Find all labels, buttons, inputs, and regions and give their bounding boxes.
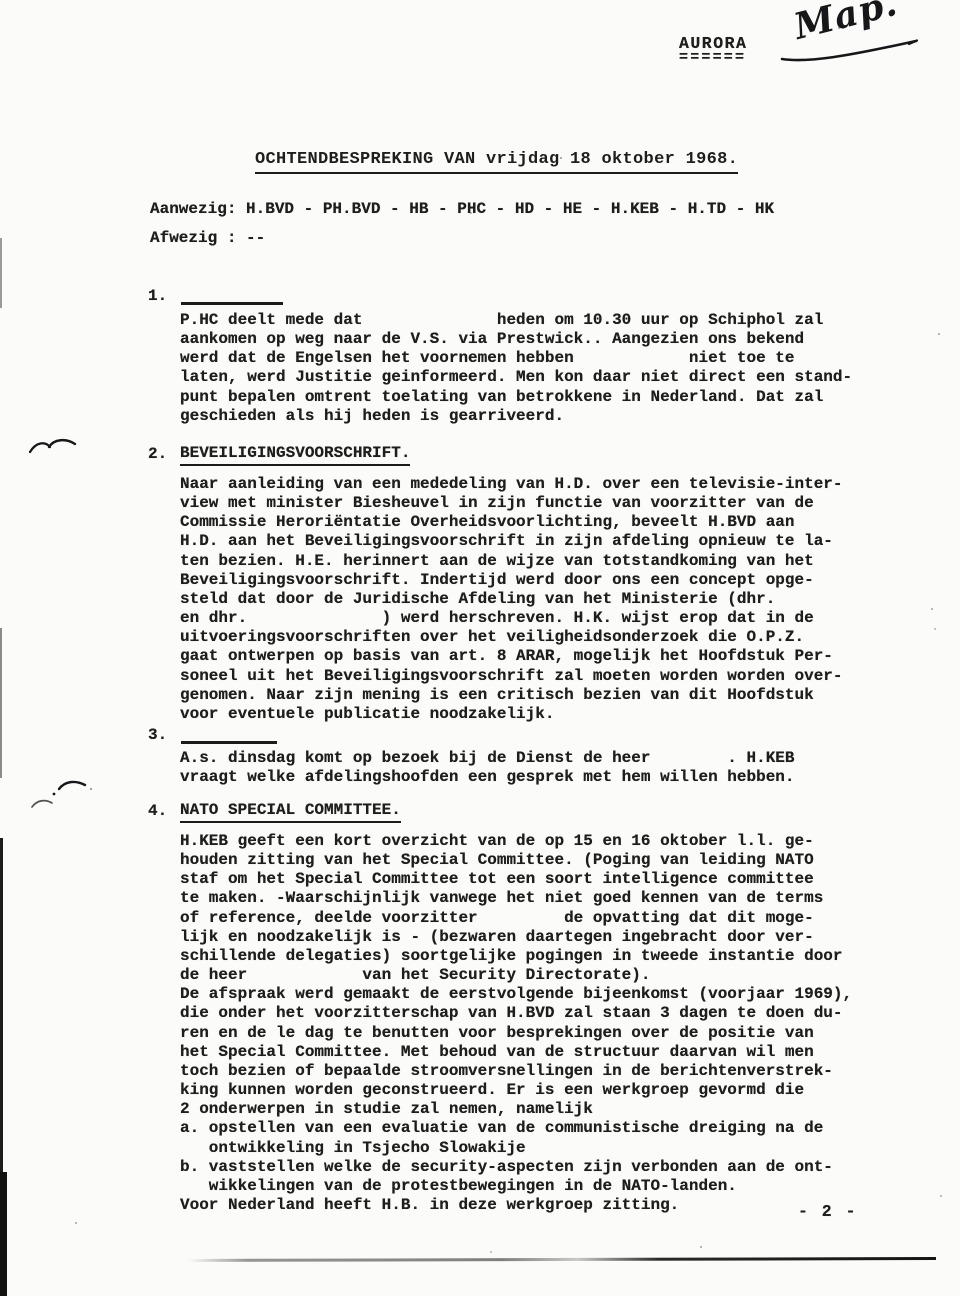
- text-line: view met minister Biesheuvel in zijn fun…: [180, 494, 843, 513]
- section-1-body: P.HC deelt mede dat heden om 10.30 uur o…: [180, 311, 852, 426]
- text-line: voor eventuele publicatie noodzakelijk.: [180, 705, 843, 724]
- margin-mark: [25, 776, 95, 812]
- text-line: lijk en noodzakelijk is - (bezwaren daar…: [180, 928, 852, 947]
- text-line: P.HC deelt mede dat heden om 10.30 uur o…: [180, 311, 852, 330]
- text-line: H.KEB geeft een kort overzicht van de op…: [180, 832, 852, 851]
- text-line: genomen. Naar zijn mening is een critisc…: [180, 686, 843, 705]
- section-4-body: H.KEB geeft een kort overzicht van de op…: [180, 832, 852, 1215]
- text-line: geschieden als hij heden is gearriveerd.: [180, 407, 852, 426]
- text-line: ontwikkeling in Tsjecho Slowakije: [180, 1139, 852, 1158]
- text-line: ten bezien. H.E. herinnert aan de wijze …: [180, 552, 843, 571]
- page-number: - 2 -: [798, 1202, 858, 1221]
- handwritten-underline-stroke: [778, 34, 923, 66]
- text-line: De afspraak werd gemaakt de eerstvolgend…: [180, 985, 852, 1004]
- text-line: aankomen op weg naar de V.S. via Prestwi…: [180, 330, 852, 349]
- section-2-heading: BEVEILIGINGSVOORSCHRIFT.: [180, 444, 410, 466]
- text-line: punt bepalen omtrent toelating van betro…: [180, 388, 852, 407]
- text-line: 2 onderwerpen in studie zal nemen, namel…: [180, 1100, 852, 1119]
- scan-edge-artifact: [0, 238, 2, 308]
- text-line: schillende delegaties) soortgelijke pogi…: [180, 947, 852, 966]
- text-line: A.s. dinsdag komt op bezoek bij de Diens…: [180, 749, 795, 768]
- text-line: die onder het voorzitterschap van H.BVD …: [180, 1004, 852, 1023]
- text-line: H.D. aan het Beveiligingsvoorschrift in …: [180, 532, 843, 551]
- scan-edge-artifact: [0, 628, 2, 778]
- section-3-body: A.s. dinsdag komt op bezoek bij de Diens…: [180, 749, 795, 787]
- text-line: vraagt welke afdelingshoofden een gespre…: [180, 768, 795, 787]
- text-line: en dhr. ) werd herschreven. H.K. wijst e…: [180, 609, 843, 628]
- text-line: Beveiligingsvoorschrift. Indertijd werd …: [180, 571, 843, 590]
- scan-edge-artifact: [0, 1172, 7, 1296]
- section-3-number: 3.: [148, 726, 167, 744]
- section-3-redacted-heading-line: [181, 741, 277, 744]
- text-line: of reference, deelde voorzitter de opvat…: [180, 909, 852, 928]
- section-1-number: 1.: [148, 287, 167, 305]
- text-line: te maken. -Waarschijnlijk vanwege het ni…: [180, 889, 852, 908]
- section-1-redacted-heading-line: [181, 302, 283, 305]
- scan-noise-specks: [560, 157, 562, 159]
- text-line: ren en de le dag te benutten voor bespre…: [180, 1024, 852, 1043]
- text-line: Voor Nederland heeft H.B. in deze werkgr…: [180, 1196, 852, 1215]
- text-line: a. opstellen van een evaluatie van de co…: [180, 1119, 852, 1138]
- text-line: gaat ontwerpen op basis van art. 8 ARAR,…: [180, 647, 843, 666]
- text-line: laten, werd Justitie geinformeerd. Men k…: [180, 368, 852, 387]
- scanned-document-page: AURORA ====== Map. OCHTENDBESPREKING VAN…: [0, 0, 960, 1296]
- text-line: king kunnen worden geconstrueerd. Er is …: [180, 1081, 852, 1100]
- scan-line-artifact: [188, 1257, 936, 1262]
- text-line: het Special Committee. Met behoud van de…: [180, 1043, 852, 1062]
- aurora-stamp-underline: ======: [679, 52, 746, 64]
- text-line: b. vaststellen welke de security-aspecte…: [180, 1158, 852, 1177]
- absence-line: Afwezig : --: [150, 229, 265, 247]
- text-line: wikkelingen van de protestbewegingen in …: [180, 1177, 852, 1196]
- text-line: Naar aanleiding van een mededeling van H…: [180, 475, 843, 494]
- section-4-number: 4.: [148, 802, 167, 820]
- text-line: steld dat door de Juridische Afdeling va…: [180, 590, 843, 609]
- text-line: staf om het Special Committee tot een so…: [180, 870, 852, 889]
- text-line: werd dat de Engelsen het voornemen hebbe…: [180, 349, 852, 368]
- text-line: toch bezien of bepaalde stroomversnellin…: [180, 1062, 852, 1081]
- text-line: soneel uit het Beveiligingsvoorschrift z…: [180, 667, 843, 686]
- text-line: uitvoeringsvoorschriften over het veilig…: [180, 628, 843, 647]
- attendance-line: Aanwezig: H.BVD - PH.BVD - HB - PHC - HD…: [150, 200, 774, 218]
- margin-mark: [28, 436, 80, 458]
- section-2-number: 2.: [148, 445, 167, 463]
- page-title: OCHTENDBESPREKING VAN vrijdag 18 oktober…: [255, 150, 738, 174]
- text-line: de heer van het Security Directorate).: [180, 966, 852, 985]
- text-line: houden zitting van het Special Committee…: [180, 851, 852, 870]
- section-2-body: Naar aanleiding van een mededeling van H…: [180, 475, 843, 724]
- section-4-heading: NATO SPECIAL COMMITTEE.: [180, 801, 401, 823]
- text-line: Commissie Heroriëntatie Overheidsvoorlic…: [180, 513, 843, 532]
